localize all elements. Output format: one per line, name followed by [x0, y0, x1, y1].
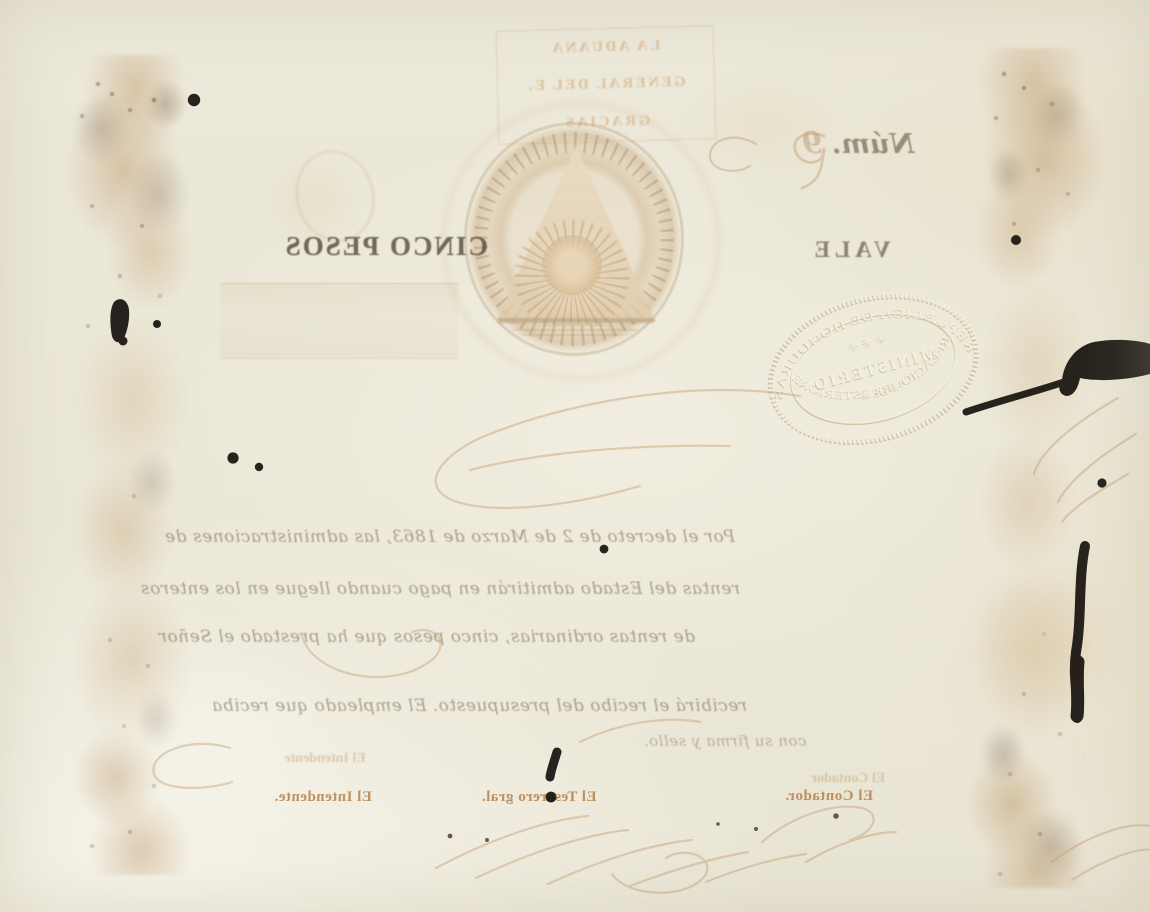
body-line: recibirá el recibo del presupuesto. El e…	[222, 696, 747, 716]
ghost-label-contador: El Contador	[786, 771, 910, 787]
left-border-speckles	[96, 82, 100, 86]
body-line: con su firma y sello.	[560, 732, 890, 750]
seal-ground	[512, 324, 638, 338]
ink-dot	[255, 463, 263, 471]
label-contador: El Contador.	[750, 788, 908, 805]
body-line: de rentas ordinarias, cinco pesos que ha…	[225, 627, 695, 647]
number-line: Núm. 9	[778, 126, 938, 161]
denomination-text: CINCO PESOS	[293, 231, 488, 262]
body-line: Por el decreto de 2 de Marzo de 1863, la…	[225, 527, 735, 547]
signature-stroke	[806, 832, 896, 862]
right-border-speckles	[1002, 72, 1006, 76]
ghost-ornament-panel	[220, 283, 458, 359]
seal-baseline	[498, 318, 654, 323]
signature-stroke	[706, 854, 806, 882]
ghost-label-intendente: El Intendente	[257, 751, 393, 767]
small-brown-specks	[448, 813, 839, 842]
signature-stroke	[476, 830, 628, 878]
paper-stain	[935, 535, 1150, 750]
speck	[448, 834, 453, 839]
faint-stamp-line: LA ADUANA	[550, 38, 661, 58]
speck	[754, 827, 758, 831]
number-label: Núm.	[832, 129, 914, 160]
scanned-note-back: LA ADUANA GENERAL DEL E. GRACIAS Núm. 9 …	[0, 0, 1150, 912]
signature-loop	[612, 853, 707, 893]
faint-stamp-line: GENERAL DEL E.	[526, 74, 686, 95]
ink-exclamation-bar	[550, 752, 557, 777]
handwriting-flourish	[470, 446, 730, 470]
right-border-ornament	[958, 48, 1108, 888]
seal-sun	[542, 235, 602, 295]
handwriting-flourish	[436, 390, 800, 508]
speck	[833, 813, 839, 819]
body-line: rentas del Estado admitirán en pago cuan…	[220, 579, 740, 599]
signature-stroke	[436, 816, 588, 868]
signature-stroke	[548, 840, 692, 884]
signature-loop	[762, 807, 874, 842]
label-intendente: El Intendente.	[252, 789, 394, 806]
speck	[716, 822, 720, 826]
coat-of-arms-seal-bleedthrough	[458, 116, 690, 362]
handwritten-number: 9	[802, 126, 823, 161]
label-tesorero: El Tesorero gral.	[450, 789, 628, 806]
signature-stroke	[630, 852, 748, 886]
vale-word: VALE	[800, 237, 900, 263]
ink-dot	[227, 452, 238, 463]
speck	[485, 838, 489, 842]
